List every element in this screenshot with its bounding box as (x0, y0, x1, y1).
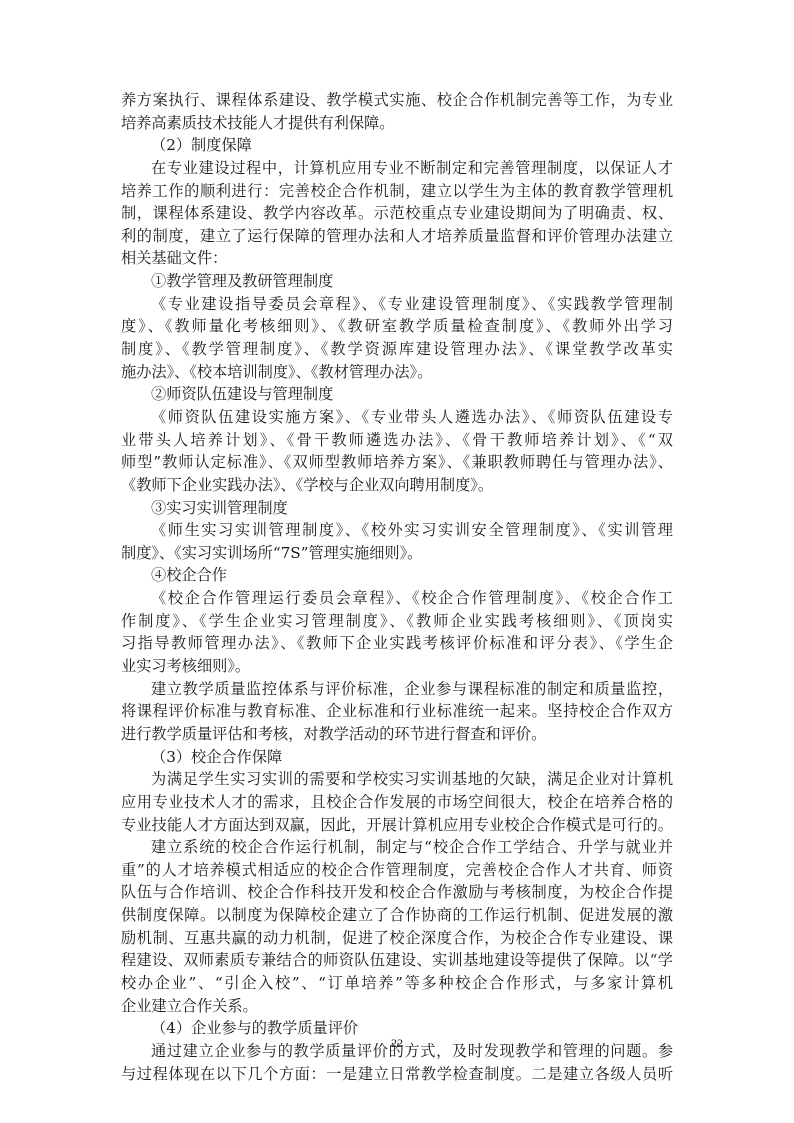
section-heading: ③实习实训管理制度 (121, 497, 673, 520)
paragraph-start-line: 建立系统的校企合作运行机制，制定与“校企合作工学结合、升学与就业并 (121, 836, 673, 859)
paragraph-start-line: 建立教学质量监控体系与评价标准，企业参与课程标准的制定和质量监控， (121, 678, 673, 701)
text-line: 重”的人才培养模式相适应的校企合作管理制度，完善校企合作人才共育、师资 (121, 859, 673, 882)
text-line: 企业建立合作关系。 (121, 995, 673, 1018)
text-line: 利的制度，建立了运行保障的管理办法和人才培养质量监督和评价管理办法建立 (121, 225, 673, 248)
text-line: 专业技能人才方面达到双赢，因此，开展计算机应用专业校企合作模式是可行的。 (121, 814, 673, 837)
text-line: 供制度保障。以制度为保障校企建立了合作协商的工作运行机制、促进发展的激 (121, 904, 673, 927)
text-line: 《教师下企业实践办法》、《学校与企业双向聘用制度》。 (121, 474, 673, 497)
section-heading: ④校企合作 (121, 564, 673, 587)
paragraph-start-line: 在专业建设过程中，计算机应用专业不断制定和完善管理制度，以保证人才 (121, 157, 673, 180)
text-line: 培养工作的顺利进行：完善校企合作机制，建立以学生为主体的教育教学管理机 (121, 180, 673, 203)
text-line: 进行教学质量评估和考核，对教学活动的环节进行督查和评价。 (121, 723, 673, 746)
text-line: 队伍与合作培训、校企合作科技开发和校企合作激励与考核制度，为校企合作提 (121, 881, 673, 904)
text-line: 习指导教师管理办法》、《教师下企业实践考核评价标准和评分表》、《学生企 (121, 632, 673, 655)
text-line: 业实习考核细则》。 (121, 655, 673, 678)
section-heading: ①教学管理及教研管理制度 (121, 270, 673, 293)
text-line: 师型”教师认定标准》、《双师型教师培养方案》、《兼职教师聘任与管理办法》、 (121, 451, 673, 474)
paragraph-start-line: 《专业建设指导委员会章程》、《专业建设管理制度》、《实践教学管理制 (121, 293, 673, 316)
section-heading: （2）制度保障 (121, 134, 673, 157)
text-line: 培养高素质技术技能人才提供有利保障。 (121, 112, 673, 135)
text-line: 制度》、《教学管理制度》、《教学资源库建设管理办法》、《课堂教学改革实 (121, 338, 673, 361)
text-line: 将课程评价标准与教育标准、企业标准和行业标准统一起来。坚持校企合作双方 (121, 700, 673, 723)
paragraph-start-line: 《师生实习实训管理制度》、《校外实习实训安全管理制度》、《实训管理 (121, 519, 673, 542)
text-line: 作制度》、《学生企业实习管理制度》、《教师企业实践考核细则》、《顶岗实 (121, 610, 673, 633)
paragraph-start-line: 为满足学生实习实训的需要和学校实习实训基地的欠缺，满足企业对计算机 (121, 768, 673, 791)
text-line: 相关基础文件： (121, 247, 673, 270)
section-heading: ②师资队伍建设与管理制度 (121, 383, 673, 406)
text-line: 养方案执行、课程体系建设、教学模式实施、校企合作机制完善等工作，为专业 (121, 89, 673, 112)
text-line: 励机制、互惠共赢的动力机制，促进了校企深度合作，为校企合作专业建设、课 (121, 927, 673, 950)
text-line: 业带头人培养计划》、《骨干教师遴选办法》、《骨干教师培养计划》、《“双 (121, 429, 673, 452)
text-line: 度》、《教师量化考核细则》、《教研室教学质量检查制度》、《教师外出学习 (121, 315, 673, 338)
text-line: 与过程体现在以下几个方面：一是建立日常教学检查制度。二是建立各级人员听 (121, 1063, 673, 1086)
paragraph-start-line: 《校企合作管理运行委员会章程》、《校企合作管理制度》、《校企合作工 (121, 587, 673, 610)
document-page: 养方案执行、课程体系建设、教学模式实施、校企合作机制完善等工作，为专业 培养高素… (121, 89, 673, 1085)
paragraph-start-line: 《师资队伍建设实施方案》、《专业带头人遴选办法》、《师资队伍建设专 (121, 406, 673, 429)
page-number: 22 (0, 1036, 794, 1051)
text-line: 程建设、双师素质专兼结合的师资队伍建设、实训基地建设等提供了保障。以“学 (121, 949, 673, 972)
section-heading: （3）校企合作保障 (121, 746, 673, 769)
text-line: 施办法》、《校本培训制度》、《教材管理办法》。 (121, 361, 673, 384)
text-line: 应用专业技术人才的需求，且校企合作发展的市场空间很大，校企在培养合格的 (121, 791, 673, 814)
text-line: 校办企业”、“引企入校”、“订单培养”等多种校企合作形式，与多家计算机 (121, 972, 673, 995)
text-line: 制度》、《实习实训场所“7S”管理实施细则》。 (121, 542, 673, 565)
text-line: 制，课程体系建设、教学内容改革。示范校重点专业建设期间为了明确责、权、 (121, 202, 673, 225)
